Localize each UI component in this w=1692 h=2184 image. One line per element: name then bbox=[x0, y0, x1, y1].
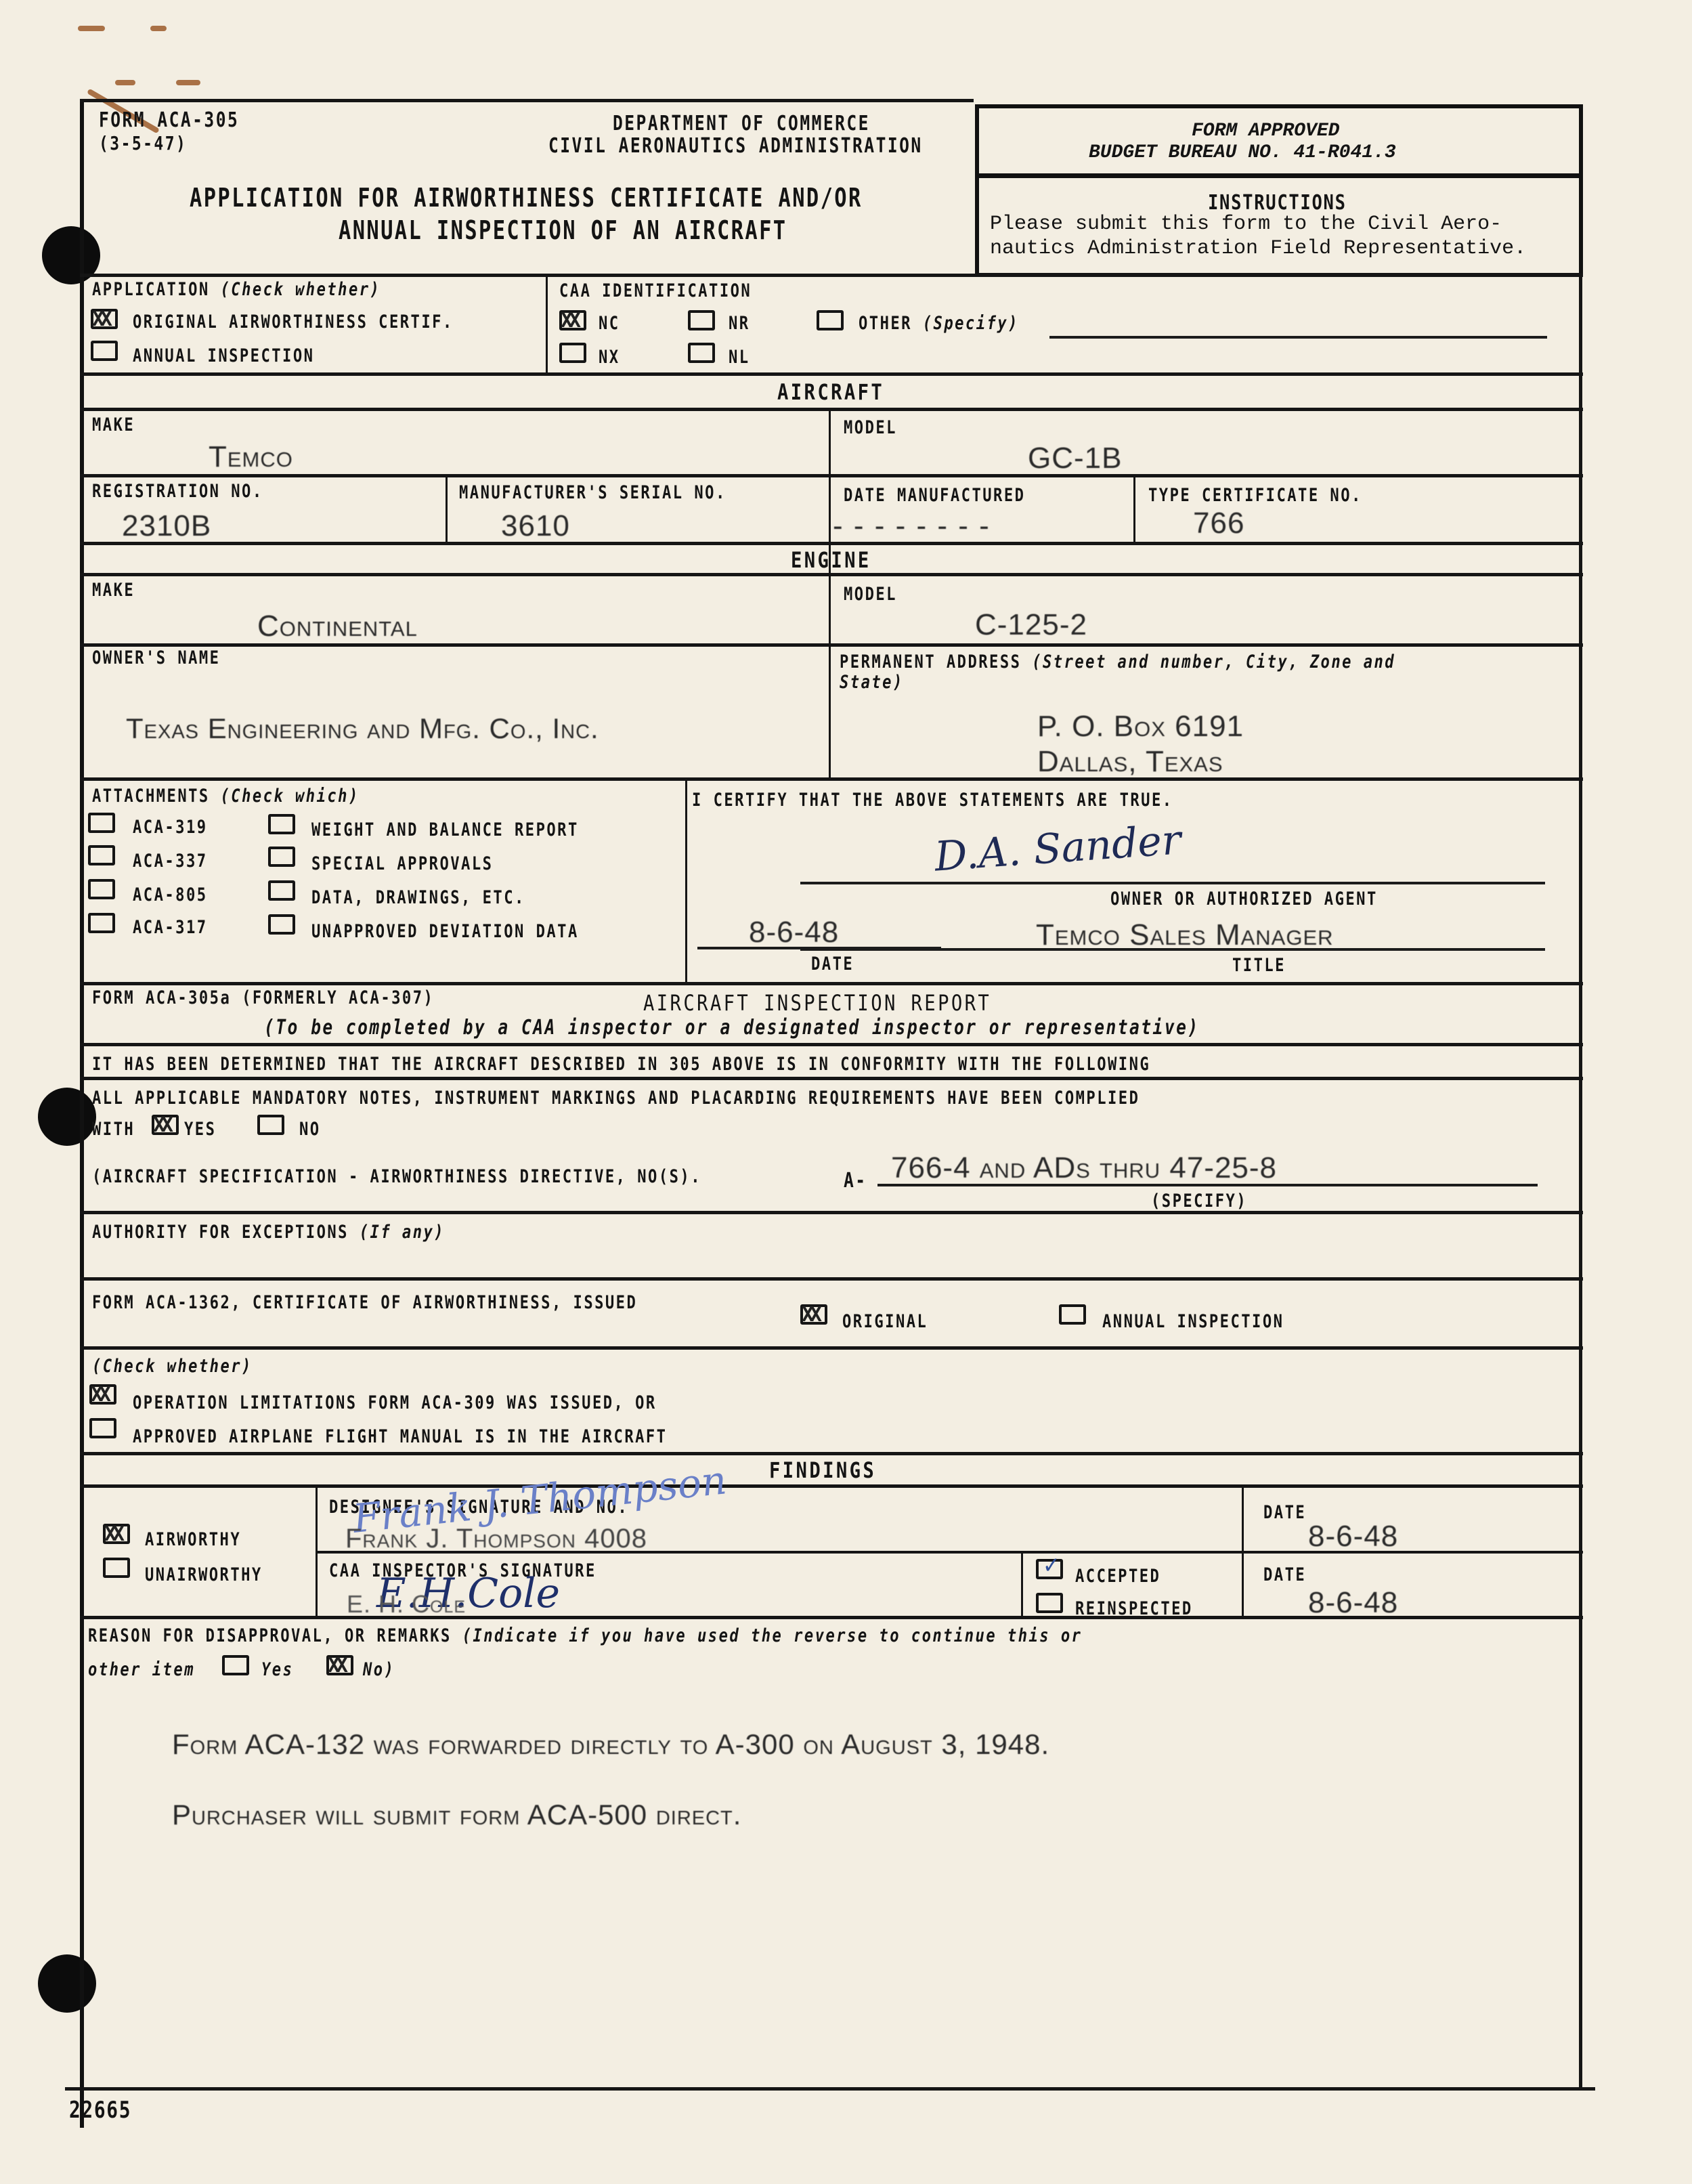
address-line2: Dallas, Texas bbox=[1037, 745, 1223, 779]
staple-mark bbox=[115, 80, 135, 85]
engine-section-title: ENGINE bbox=[791, 547, 871, 573]
address-label-text: PERMANENT ADDRESS bbox=[840, 651, 1021, 672]
divider bbox=[80, 474, 1583, 477]
remarks-line1: Form ACA-132 was forwarded directly to A… bbox=[172, 1728, 1049, 1761]
divider bbox=[80, 372, 1583, 376]
attachments-label: ATTACHMENTS (Check which) bbox=[92, 786, 360, 807]
remarks-other-item-text: other item bbox=[88, 1659, 195, 1680]
exceptions-hint: (If any) bbox=[360, 1222, 445, 1243]
inspection-form-formerly: (FORMERLY ACA-307) bbox=[242, 987, 434, 1008]
findings-section-title: FINDINGS bbox=[769, 1457, 876, 1483]
inspection-subtitle-text: (To be completed by a CAA inspector or a… bbox=[264, 1016, 1200, 1040]
application-label: APPLICATION (Check whether) bbox=[92, 279, 381, 300]
divider bbox=[80, 542, 1583, 545]
spec-field-line[interactable] bbox=[877, 1184, 1538, 1186]
spec-prefix: A- bbox=[844, 1169, 867, 1193]
checkbox-aca-317[interactable] bbox=[88, 913, 115, 933]
inspector-date-label: DATE bbox=[1263, 1564, 1306, 1585]
checkbox-reverse-no[interactable] bbox=[326, 1655, 353, 1675]
option-other: OTHER (Specify) bbox=[859, 313, 1019, 334]
exceptions-label: AUTHORITY FOR EXCEPTIONS (If any) bbox=[92, 1222, 445, 1243]
divider bbox=[546, 275, 548, 372]
checkbox-weight-balance[interactable] bbox=[268, 814, 295, 834]
agency: CIVIL AERONAUTICS ADMINISTRATION bbox=[548, 134, 923, 158]
option-nr: NR bbox=[729, 313, 750, 334]
checkbox-certificate-annual[interactable] bbox=[1059, 1304, 1086, 1325]
certification-date-label: DATE bbox=[811, 954, 854, 975]
certification-date-value: 8-6-48 bbox=[749, 916, 839, 949]
owner-signature-label: OWNER OR AUTHORIZED AGENT bbox=[1110, 888, 1378, 909]
divider bbox=[80, 1346, 1583, 1350]
checkbox-original-airworthiness[interactable] bbox=[91, 309, 118, 329]
reverse-yes-text: Yes bbox=[261, 1659, 293, 1680]
checkbox-certificate-original[interactable] bbox=[800, 1304, 827, 1325]
serial-value: 3610 bbox=[501, 509, 570, 543]
certify-statement: I CERTIFY THAT THE ABOVE STATEMENTS ARE … bbox=[692, 790, 1173, 811]
attachment-aca-319: ACA-319 bbox=[133, 817, 208, 838]
checkbox-annual-inspection[interactable] bbox=[91, 341, 118, 361]
attachment-aca-337: ACA-337 bbox=[133, 851, 208, 872]
option-annual-inspection: ANNUAL INSPECTION bbox=[133, 345, 314, 366]
inspection-form-ref-text: FORM ACA-305a bbox=[92, 987, 231, 1008]
checkbox-aca-805[interactable] bbox=[88, 879, 115, 899]
divider bbox=[80, 274, 1583, 277]
spec-hint: (SPECIFY) bbox=[1151, 1191, 1247, 1212]
divider bbox=[80, 1484, 1583, 1488]
checkbox-accepted[interactable] bbox=[1036, 1559, 1063, 1579]
owner-value: Texas Engineering and Mfg. Co., Inc. bbox=[126, 712, 599, 745]
check-whether-text: (Check whether) bbox=[92, 1356, 253, 1377]
aircraft-make-label: MAKE bbox=[92, 414, 135, 435]
checkbox-unairworthy[interactable] bbox=[103, 1558, 130, 1578]
attachment-aca-805: ACA-805 bbox=[133, 884, 208, 905]
inspector-typed-name: E. H. Cole bbox=[347, 1590, 466, 1619]
checkbox-flight-manual[interactable] bbox=[89, 1418, 116, 1438]
address-hint: (Street and number, City, Zone and bbox=[1032, 651, 1395, 672]
date-manufactured-value: - - - - - - - - bbox=[833, 509, 991, 543]
checkbox-operation-limitations[interactable] bbox=[89, 1384, 116, 1405]
designee-date-value: 8-6-48 bbox=[1308, 1520, 1398, 1554]
address-line1: P. O. Box 6191 bbox=[1037, 710, 1244, 744]
certificate-issued-label: FORM ACA-1362, CERTIFICATE OF AIRWORTHIN… bbox=[92, 1292, 637, 1313]
with-label: WITH bbox=[92, 1119, 135, 1140]
inspection-report-title: AIRCRAFT INSPECTION REPORT bbox=[643, 990, 991, 1016]
attachments-hint: (Check which) bbox=[220, 786, 359, 807]
address-label: PERMANENT ADDRESS (Street and number, Ci… bbox=[840, 651, 1395, 672]
certification-title-value: Temco Sales Manager bbox=[1036, 918, 1334, 952]
airworthy-label: AIRWORTHY bbox=[145, 1529, 241, 1550]
attachment-weight-balance: WEIGHT AND BALANCE REPORT bbox=[311, 819, 579, 840]
inspector-date-value: 8-6-48 bbox=[1308, 1586, 1398, 1620]
checkbox-nx[interactable] bbox=[559, 343, 586, 363]
instructions-line1: Please submit this form to the Civil Aer… bbox=[990, 213, 1502, 236]
checkbox-unapproved-deviation[interactable] bbox=[268, 914, 295, 935]
remarks-line2: Purchaser will submit form ACA-500 direc… bbox=[172, 1799, 741, 1831]
aircraft-make-value: Temco bbox=[209, 440, 293, 474]
divider bbox=[829, 574, 831, 777]
divider bbox=[80, 777, 1583, 781]
checkbox-data-drawings[interactable] bbox=[268, 880, 295, 901]
checkbox-special-approvals[interactable] bbox=[268, 847, 295, 867]
divider bbox=[80, 1043, 1583, 1046]
checkbox-nc[interactable] bbox=[559, 310, 586, 330]
spec-label: (AIRCRAFT SPECIFICATION - AIRWORTHINESS … bbox=[92, 1166, 701, 1187]
checkbox-complied-no[interactable] bbox=[257, 1115, 284, 1135]
option-nx: NX bbox=[599, 347, 620, 368]
aircraft-model-value: GC-1B bbox=[1028, 442, 1122, 475]
instructions-title: INSTRUCTIONS bbox=[1208, 191, 1347, 215]
reverse-no-text: No) bbox=[363, 1659, 395, 1680]
checkbox-aca-319[interactable] bbox=[88, 813, 115, 833]
divider bbox=[685, 779, 687, 982]
inspection-report-subtitle: (To be completed by a CAA inspector or a… bbox=[264, 1016, 1200, 1040]
divider bbox=[1133, 475, 1135, 543]
registration-label: REGISTRATION NO. bbox=[92, 481, 263, 502]
engine-make-label: MAKE bbox=[92, 580, 135, 601]
approval-line2: BUDGET BUREAU NO. 41-R041.3 bbox=[1089, 142, 1396, 163]
document-number: 22665 bbox=[69, 2097, 131, 2124]
address-hint-line2-text: State) bbox=[840, 672, 904, 693]
form-number: FORM ACA-305 bbox=[99, 108, 239, 132]
other-specify-field[interactable] bbox=[1049, 336, 1547, 339]
certificate-annual-label: ANNUAL INSPECTION bbox=[1102, 1311, 1284, 1332]
staple-mark bbox=[176, 80, 200, 85]
form-title-line1: APPLICATION FOR AIRWORTHINESS CERTIFICAT… bbox=[190, 183, 863, 213]
divider bbox=[80, 1616, 1583, 1619]
engine-make-value: Continental bbox=[257, 609, 418, 643]
option-original-airworthiness: ORIGINAL AIRWORTHINESS CERTIF. bbox=[133, 312, 454, 333]
date-manufactured-label: DATE MANUFACTURED bbox=[844, 485, 1025, 506]
remarks-hint: (Indicate if you have used the reverse t… bbox=[462, 1625, 1083, 1646]
aircraft-section-title: AIRCRAFT bbox=[777, 379, 884, 405]
checkbox-reverse-yes[interactable] bbox=[222, 1655, 249, 1675]
check-whether-hint: (Check whether) bbox=[92, 1356, 253, 1377]
serial-label: MANUFACTURER'S SERIAL NO. bbox=[459, 482, 726, 503]
spec-value: 766-4 and ADs thru 47-25-8 bbox=[891, 1151, 1277, 1185]
address-hint-line2: State) bbox=[840, 672, 904, 693]
instructions-line2: nautics Administration Field Representat… bbox=[990, 237, 1526, 260]
checkbox-reinspected[interactable] bbox=[1036, 1593, 1063, 1613]
other-label: OTHER bbox=[859, 313, 912, 334]
conformity-line: IT HAS BEEN DETERMINED THAT THE AIRCRAFT… bbox=[92, 1054, 1150, 1075]
divider bbox=[80, 1277, 1583, 1281]
application-hint: (Check whether) bbox=[220, 279, 381, 300]
checkbox-aca-337[interactable] bbox=[88, 845, 115, 865]
certificate-original-label: ORIGINAL bbox=[842, 1311, 928, 1332]
checkbox-nr[interactable] bbox=[688, 310, 715, 330]
owner-signature-line[interactable] bbox=[800, 882, 1545, 884]
complied-yes-label: YES bbox=[184, 1119, 216, 1140]
approval-line1: FORM APPROVED bbox=[1192, 121, 1339, 142]
top-border bbox=[80, 99, 974, 102]
mandatory-line: ALL APPLICABLE MANDATORY NOTES, INSTRUME… bbox=[92, 1088, 1140, 1109]
form-date: (3-5-47) bbox=[99, 132, 187, 154]
type-certificate-label: TYPE CERTIFICATE NO. bbox=[1148, 485, 1362, 506]
divider bbox=[80, 573, 1583, 576]
bottom-border bbox=[65, 2087, 1595, 2091]
reverse-yes-label: Yes bbox=[261, 1659, 293, 1680]
engine-model-label: MODEL bbox=[844, 584, 897, 605]
checkbox-complied-yes[interactable] bbox=[152, 1115, 179, 1135]
exceptions-label-text: AUTHORITY FOR EXCEPTIONS bbox=[92, 1222, 349, 1243]
engine-model-value: C-125-2 bbox=[975, 608, 1087, 642]
registration-value: 2310B bbox=[122, 509, 211, 543]
divider bbox=[446, 475, 448, 543]
divider bbox=[80, 408, 1583, 411]
attachment-data-drawings: DATA, DRAWINGS, ETC. bbox=[311, 887, 525, 908]
staple-mark bbox=[78, 26, 105, 31]
other-hint: (Specify) bbox=[923, 313, 1019, 334]
department: DEPARTMENT OF COMMERCE bbox=[613, 112, 870, 135]
designee-date-label: DATE bbox=[1263, 1502, 1306, 1523]
staple-mark bbox=[150, 26, 167, 31]
certification-title-line[interactable] bbox=[800, 948, 1545, 951]
complied-no-label: NO bbox=[299, 1119, 321, 1140]
divider bbox=[80, 643, 1583, 647]
checkbox-other[interactable] bbox=[817, 310, 844, 330]
remarks-label: REASON FOR DISAPPROVAL, OR REMARKS (Indi… bbox=[88, 1625, 1082, 1646]
checkbox-airworthy[interactable] bbox=[103, 1524, 130, 1544]
divider bbox=[80, 1211, 1583, 1214]
attachments-label-text: ATTACHMENTS bbox=[92, 786, 210, 807]
divider bbox=[1242, 1486, 1244, 1617]
remarks-label-text: REASON FOR DISAPPROVAL, OR REMARKS bbox=[88, 1625, 452, 1646]
divider bbox=[80, 1077, 1583, 1080]
form-title-line2: ANNUAL INSPECTION OF AN AIRCRAFT bbox=[339, 215, 787, 245]
unairworthy-label: UNAIRWORTHY bbox=[145, 1564, 263, 1585]
flight-manual-label: APPROVED AIRPLANE FLIGHT MANUAL IS IN TH… bbox=[133, 1426, 667, 1447]
right-border bbox=[1579, 275, 1582, 2090]
option-nl: NL bbox=[729, 347, 750, 368]
designee-typed-name: Frank J. Thompson 4008 bbox=[345, 1524, 647, 1554]
divider bbox=[80, 1452, 1583, 1455]
option-nc: NC bbox=[599, 313, 620, 334]
attachment-aca-317: ACA-317 bbox=[133, 917, 208, 938]
caa-identification-label: CAA IDENTIFICATION bbox=[559, 280, 752, 301]
inspection-form-ref: FORM ACA-305a (FORMERLY ACA-307) bbox=[92, 987, 434, 1008]
application-label-text: APPLICATION bbox=[92, 279, 210, 300]
type-certificate-value: 766 bbox=[1193, 507, 1244, 540]
aircraft-model-label: MODEL bbox=[844, 417, 897, 438]
checkbox-nl[interactable] bbox=[688, 343, 715, 363]
accepted-label: ACCEPTED bbox=[1075, 1566, 1160, 1587]
remarks-other-item: other item bbox=[88, 1659, 195, 1680]
attachment-special-approvals: SPECIAL APPROVALS bbox=[311, 853, 493, 874]
owner-label: OWNER'S NAME bbox=[92, 647, 220, 668]
divider bbox=[1021, 1552, 1023, 1617]
reverse-no-label: No) bbox=[363, 1659, 395, 1680]
divider bbox=[80, 982, 1583, 985]
operation-limitations-label: OPERATION LIMITATIONS FORM ACA-309 WAS I… bbox=[133, 1392, 657, 1413]
exceptions-field[interactable] bbox=[92, 1246, 1568, 1273]
attachment-unapproved-deviation: UNAPPROVED DEVIATION DATA bbox=[311, 921, 579, 942]
certification-title-label: TITLE bbox=[1232, 955, 1286, 976]
